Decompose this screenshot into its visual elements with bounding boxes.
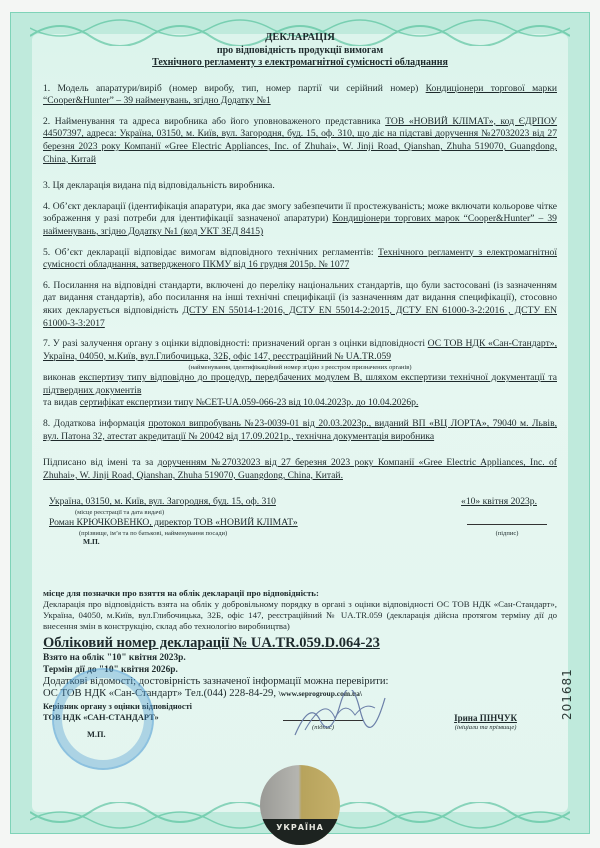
item-5-label: 5. Об’єкт декларації відповідає вимогам … <box>43 247 374 258</box>
head-seal: М.П. <box>43 729 192 740</box>
item-3: 3. Ця декларація видана під відповідальн… <box>43 180 557 193</box>
declaration-content: ДЕКЛАРАЦІЯ про відповідність продукції в… <box>43 30 557 740</box>
item-2: 2. Найменування та адреса виробника або … <box>43 116 557 166</box>
document-sheet: ДЕКЛАРАЦІЯ про відповідність продукції в… <box>0 0 600 848</box>
hologram-label: УКРАЇНА <box>260 819 340 845</box>
serial-number: 201681 <box>560 668 574 720</box>
registration-heading: місце для позначки про взяття на облік д… <box>43 588 557 599</box>
item-2-label: 2. Найменування та адреса виробника або … <box>43 116 381 127</box>
registration-text: Декларація про відповідність взята на об… <box>43 599 557 632</box>
document-title: ДЕКЛАРАЦІЯ <box>43 32 557 45</box>
signer-seal: М.П. <box>49 538 298 546</box>
item-1-label: 1. Модель апаратури/виріб (номер виробу,… <box>43 83 418 94</box>
registration-extra-1: Додаткові відомості; достовірність зазна… <box>43 676 557 689</box>
item-7: 7. У разі залучення органу з оцінки відп… <box>43 338 557 410</box>
item-5: 5. Об’єкт декларації відповідає вимогам … <box>43 247 557 272</box>
signature-note: (підпис) <box>467 530 547 538</box>
item-8: 8. Додаткова інформація протокол випробу… <box>43 418 557 443</box>
head-title-1: Керівник органу з оцінки відповідності <box>43 701 192 712</box>
item-1: 1. Модель апаратури/виріб (номер виробу,… <box>43 83 557 108</box>
item-7-issued-value: сертифікат експертизи типу №CET-UA.059-0… <box>80 397 419 408</box>
head-name: Ірина ПІНЧУК <box>454 713 517 724</box>
item-7-performed-value: експертизу типу відповідно до процедур, … <box>43 372 557 396</box>
place-date-row: Україна, 03150, м. Київ, вул. Загородня,… <box>43 496 557 517</box>
hologram-seal-icon: УКРАЇНА <box>260 765 340 845</box>
signer-name: Роман КРЮЧКОВЕНКО, директор ТОВ «НОВИЙ К… <box>49 517 298 530</box>
item-7-performed-label: виконав <box>43 372 76 383</box>
registration-number: Обліковий номер декларації № UA.TR.059.D… <box>43 634 557 652</box>
document-subtitle: про відповідність продукції вимогам <box>43 45 557 57</box>
item-6: 6. Посилання на відповідні стандарти, вк… <box>43 280 557 330</box>
registration-contact: ОС ТОВ НДК «Сан-Стандарт» Тел.(044) 228-… <box>43 688 276 699</box>
issue-place: Україна, 03150, м. Київ, вул. Загородня,… <box>49 496 276 509</box>
issue-date: «10» квітня 2023р. <box>461 496 557 517</box>
item-4: 4. Об’єкт декларації (ідентифікація апар… <box>43 201 557 239</box>
issue-place-note: (місце реєстрації та дата видачі) <box>49 509 276 517</box>
head-title-2: ТОВ НДК «САН-СТАНДАРТ» <box>43 712 192 723</box>
item-7-label: 7. У разі залучення органу з оцінки відп… <box>43 338 425 349</box>
item-7-issued-label: та видав <box>43 397 77 408</box>
signer-row: Роман КРЮЧКОВЕНКО, директор ТОВ «НОВИЙ К… <box>43 517 557 546</box>
registration-taken: Взято на облік "10" квітня 2023р. <box>43 652 557 664</box>
signed-label: Підписано від імені та за <box>43 457 153 468</box>
item-8-label: 8. Додаткова інформація <box>43 418 145 429</box>
signed-on-behalf: Підписано від імені та за дорученням №27… <box>43 457 557 482</box>
signature-line <box>467 524 547 525</box>
head-name-note: (ініціали та прізвище) <box>454 724 517 732</box>
signature-scribble-icon <box>290 690 390 740</box>
item-7-note: (найменування, ідентифікаційний номер зг… <box>43 363 557 372</box>
document-regulation: Технічного регламенту з електромагнітної… <box>43 57 557 69</box>
registration-valid-until: Термін дії до "10" квітня 2026р. <box>43 664 557 676</box>
